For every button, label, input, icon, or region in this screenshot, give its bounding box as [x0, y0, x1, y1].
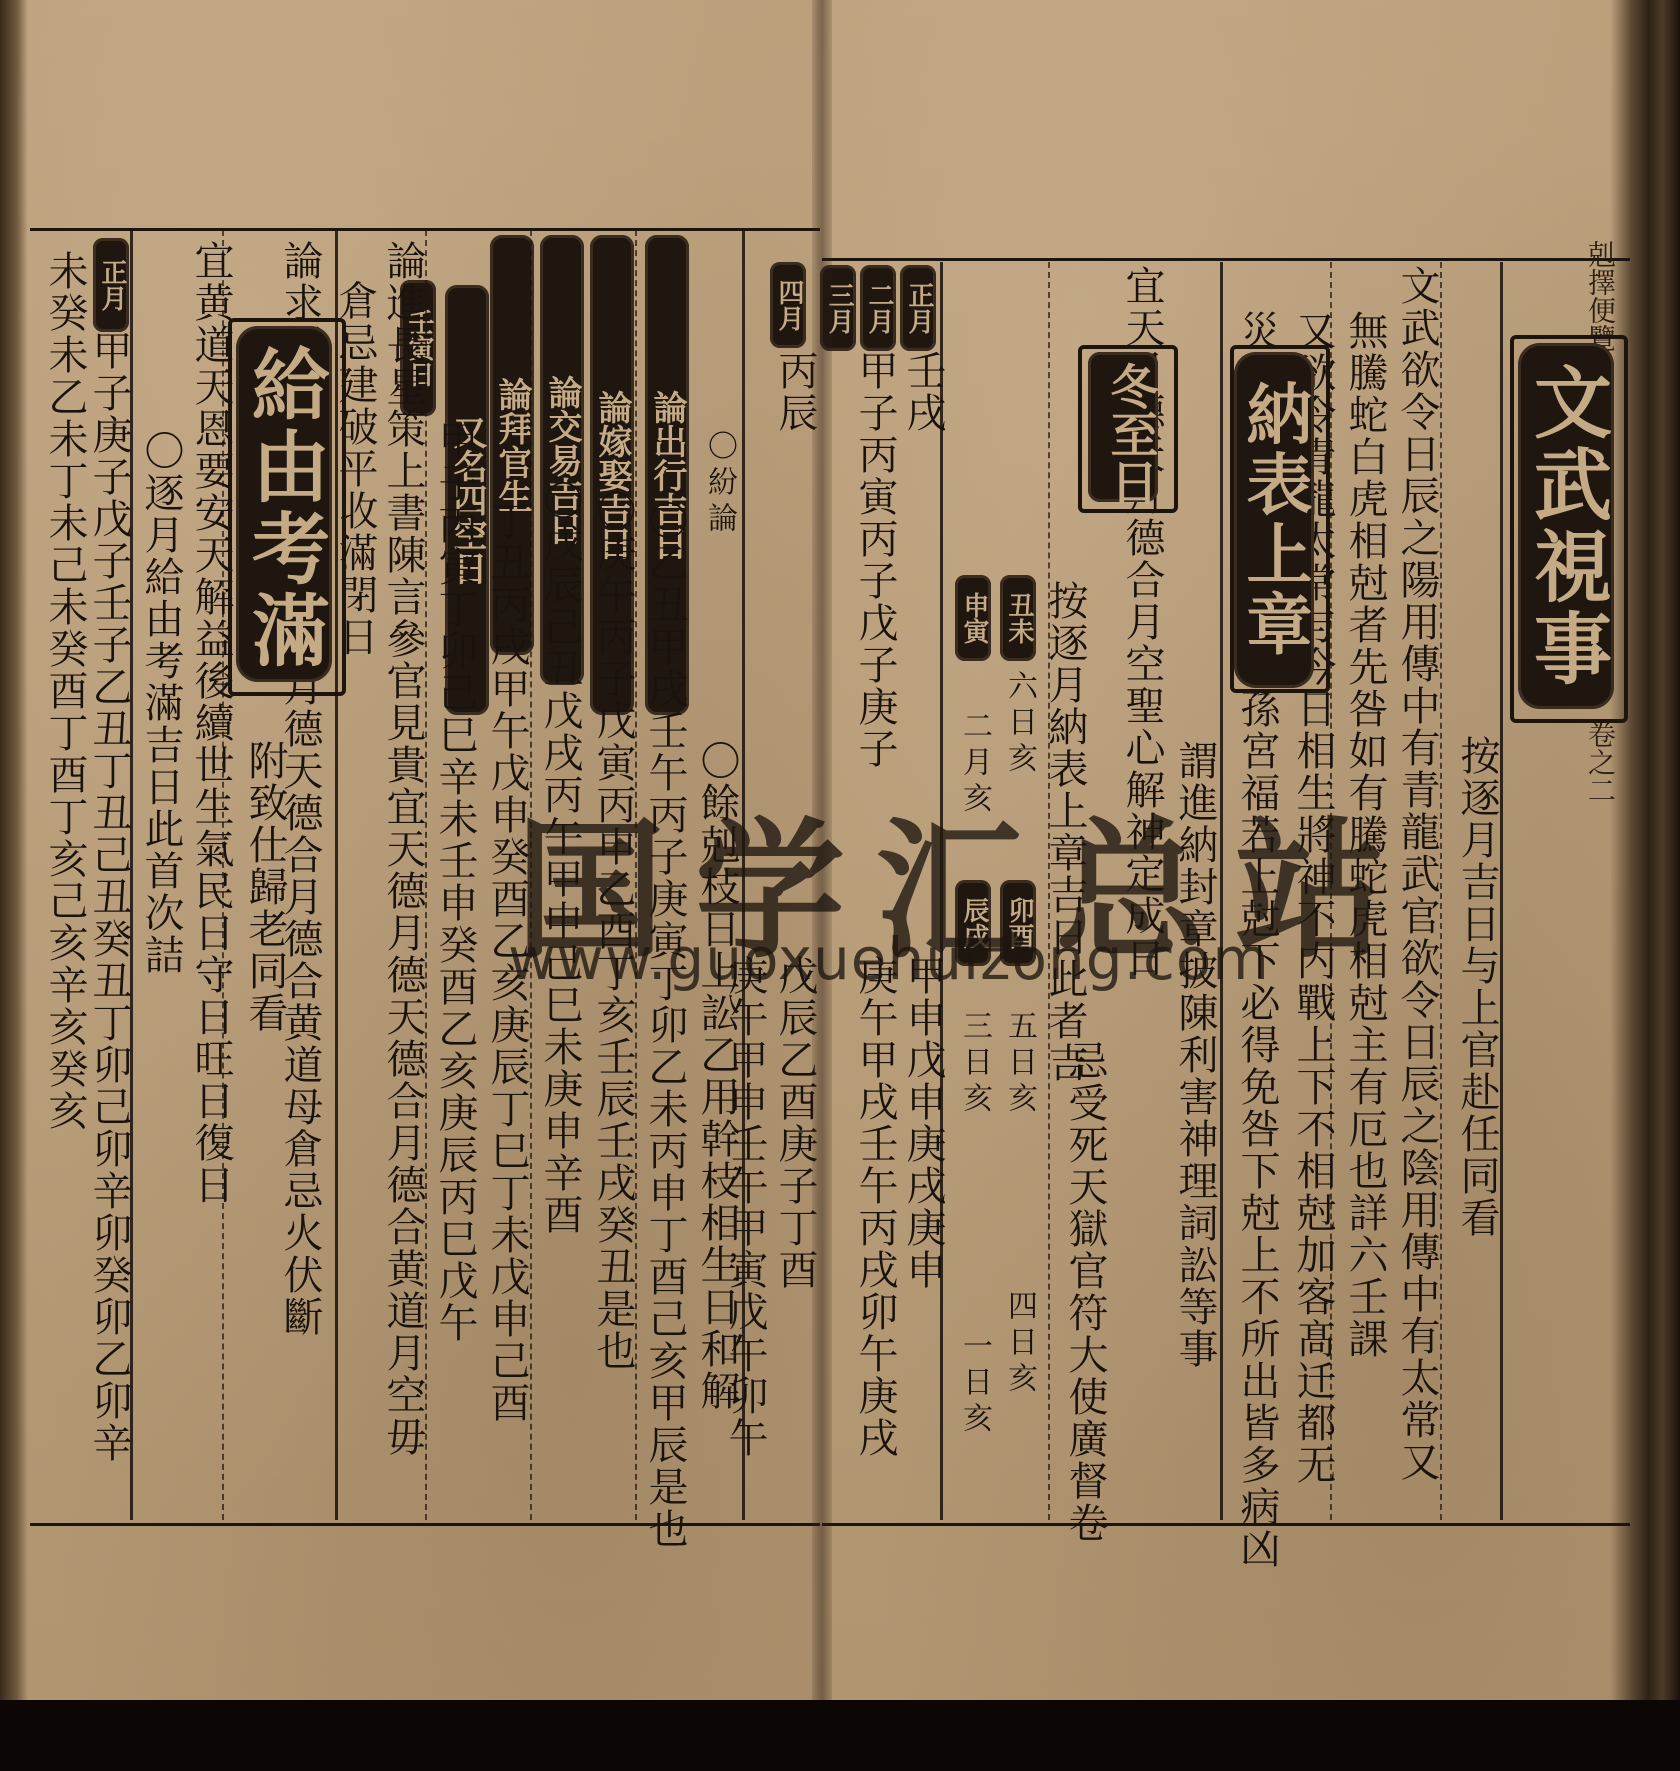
month-column: 庚午甲戌壬午丙戌卯午庚戌	[850, 955, 900, 1459]
small-column: 三日亥	[955, 1010, 993, 1118]
branch-tag: 申寅	[955, 575, 991, 661]
small-column: 五日亥	[1000, 1010, 1038, 1118]
column-rule	[425, 230, 427, 1520]
section-heading: 文武視事	[1518, 343, 1614, 709]
text-column: 宜黄道天恩要安天解益後續世生氣民日守日旺日復日	[186, 240, 236, 1206]
column-rule	[130, 230, 133, 1520]
column-rule	[1500, 262, 1503, 1520]
column-rule	[335, 230, 338, 1520]
text-column: 按逐月吉日与上官赴任同看	[1452, 735, 1502, 1239]
text-column: 甲子丙寅丁卯己巳辛未壬申癸酉乙亥庚辰丙巳戊午	[430, 420, 480, 1344]
small-column: 一日亥	[955, 1330, 993, 1438]
month-tag: 正月	[93, 238, 129, 332]
branch-tag: 丑未	[1000, 575, 1036, 661]
top-note: 〇紛論	[700, 430, 738, 538]
month-tag: 二月	[860, 265, 896, 351]
left-book-edge	[0, 0, 28, 1700]
month-column: 庚午甲申壬午甲寅戊午卯午	[720, 955, 770, 1459]
column-rule	[222, 230, 224, 1520]
text-column: 〇逐月給由考滿吉日此首次詰	[136, 430, 186, 976]
text-column: 忌受死天獄官符大使廣督卷	[1060, 1040, 1110, 1544]
month-tag: 四月	[770, 262, 806, 348]
month-column: 甲子庚子戊子壬子乙丑丁丑己丑癸丑丁卯己卯辛卯癸卯乙卯辛	[84, 330, 134, 1464]
section-heading: 給由考滿	[236, 326, 332, 682]
section-heading: 冬至日	[1088, 352, 1158, 502]
month-column: 甲子丙寅丙子戊子庚子	[850, 350, 900, 770]
watermark-url: www.guoxuehuizong.com	[508, 925, 1270, 993]
column-rule	[1440, 262, 1442, 1520]
month-column: 未癸未乙未丁未己未癸酉丁酉丁亥己亥辛亥癸亥	[40, 250, 90, 1132]
month-tag: 正月	[900, 265, 936, 351]
scan-background	[0, 1700, 1680, 1771]
fold-label: 卷之二	[1580, 720, 1620, 804]
text-column: 論進長星策上書陳言參官見貴宜天德月德天德合月德合黄道月空毋	[378, 240, 428, 1458]
small-column: 四日亥	[1000, 1290, 1038, 1398]
small-column: 六日亥	[1000, 670, 1038, 778]
section-note: 附致仕歸老同看	[240, 740, 290, 1034]
book-spread: 〇紛論 論出行吉日 論嫁娶吉日 論交易吉日 論拜官生 又名四空日 壬寅日 〇餘剋…	[0, 0, 1680, 1700]
text-column: 〇乙丑甲戌壬午丙子庚寅丁卯乙未丙申丁酉己亥甲辰是也	[640, 500, 690, 1550]
section-heading: 納表上章	[1234, 352, 1314, 688]
